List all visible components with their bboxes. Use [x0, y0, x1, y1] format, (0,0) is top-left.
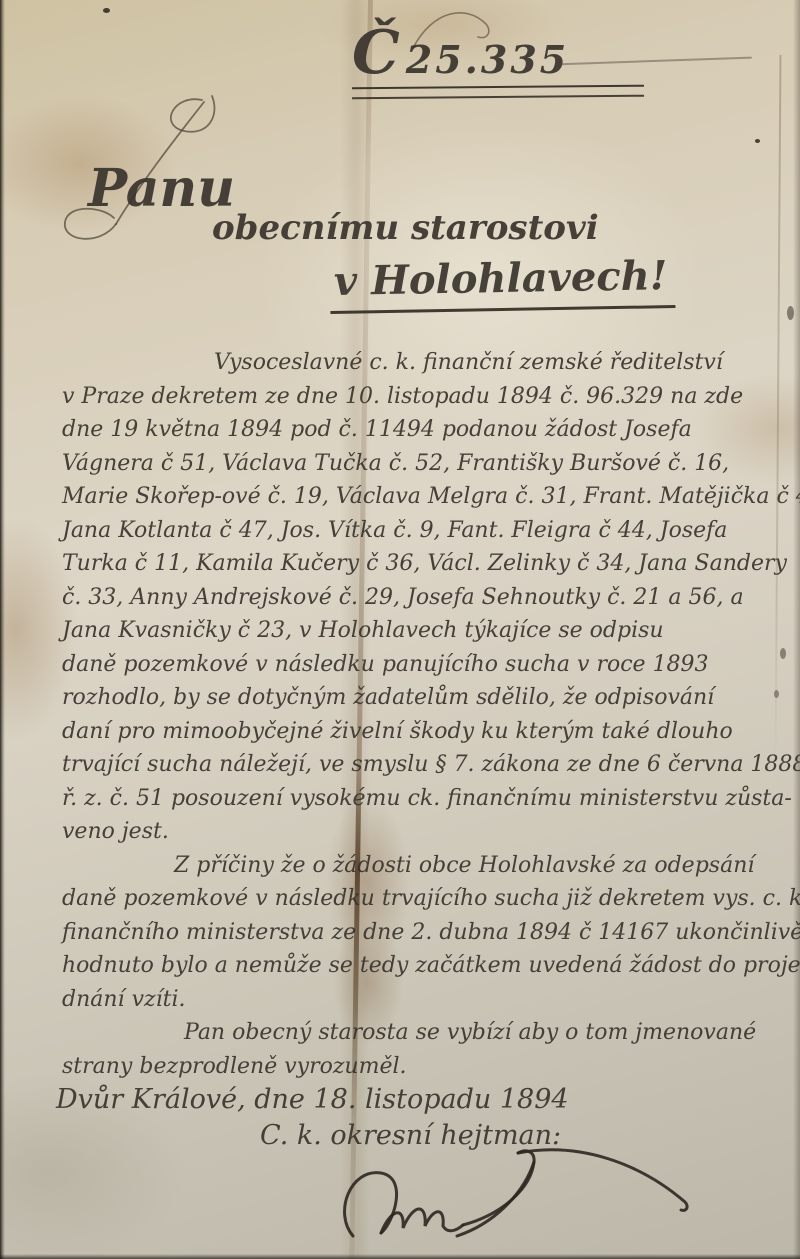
body-line: Jana Kvasničky č 23, v Holohlavech týkaj…: [62, 614, 782, 648]
pen-flourish-right-of-reference: [556, 57, 752, 66]
closing-place-date: Dvůr Králové, dne 18. listopadu 1894: [56, 1084, 569, 1115]
body-line: Jana Kotlanta č 47, Jos. Vítka č. 9, Fan…: [62, 514, 782, 548]
signature: [335, 1140, 695, 1252]
body-line: daně pozemkové v následku panujícího suc…: [62, 648, 782, 682]
body-line: rozhodlo, by se dotyčným žadatelům sděli…: [62, 681, 782, 715]
body-line: č. 33, Anny Andrejskové č. 29, Josefa Se…: [62, 581, 782, 615]
body-line: Vysoceslavné c. k. finanční zemské ředit…: [62, 346, 782, 380]
body-line: Turka č 11, Kamila Kučery č 36, Václ. Ze…: [62, 547, 782, 581]
paper-edge-left: [0, 0, 5, 1259]
stain-speck: [103, 8, 110, 13]
reference-number: Č25.335: [352, 18, 569, 88]
paper-edge-right: [793, 0, 800, 1259]
reference-prefix: Č: [352, 18, 400, 88]
body-line: trvající sucha náležejí, ve smyslu § 7. …: [62, 748, 782, 782]
letter-body: Vysoceslavné c. k. finanční zemské ředit…: [62, 346, 782, 1083]
body-line: finančního ministerstva ze dne 2. dubna …: [62, 916, 782, 950]
body-line: hodnuto bylo a nemůže se tedy začátkem u…: [62, 949, 782, 983]
document-scan: Č25.335 Panu obecnímu starostovi v Holoh…: [0, 0, 800, 1259]
stain-speck: [787, 306, 794, 320]
body-line: Z příčiny že o žádosti obce Holohlavské …: [62, 849, 782, 883]
body-line: Vágnera č 51, Václava Tučka č. 52, Frant…: [62, 447, 782, 481]
salutation-title: obecnímu starostovi: [212, 208, 599, 248]
stain-speck: [755, 139, 760, 143]
reference-double-underline: [352, 85, 644, 100]
body-line: dnání vzíti.: [62, 983, 782, 1017]
body-line: Marie Skořep-ové č. 19, Václava Melgra č…: [62, 480, 782, 514]
body-line: daní pro mimoobyčejné živelní škody ku k…: [62, 715, 782, 749]
body-line: ř. z. č. 51 posouzení vysokému ck. finan…: [62, 782, 782, 816]
body-line: veno jest.: [62, 815, 782, 849]
body-line: dne 19 května 1894 pod č. 11494 podanou …: [62, 413, 782, 447]
body-line: daně pozemkové v následku trvajícího suc…: [62, 882, 782, 916]
paper-edge-bottom: [0, 1254, 800, 1259]
reference-value: 25.335: [406, 37, 569, 82]
salutation-place: v Holohlavech!: [330, 252, 676, 314]
body-line: Pan obecný starosta se vybízí aby o tom …: [62, 1016, 782, 1050]
body-line: strany bezprodleně vyrozuměl.: [62, 1050, 782, 1084]
body-line: v Praze dekretem ze dne 10. listopadu 18…: [62, 380, 782, 414]
